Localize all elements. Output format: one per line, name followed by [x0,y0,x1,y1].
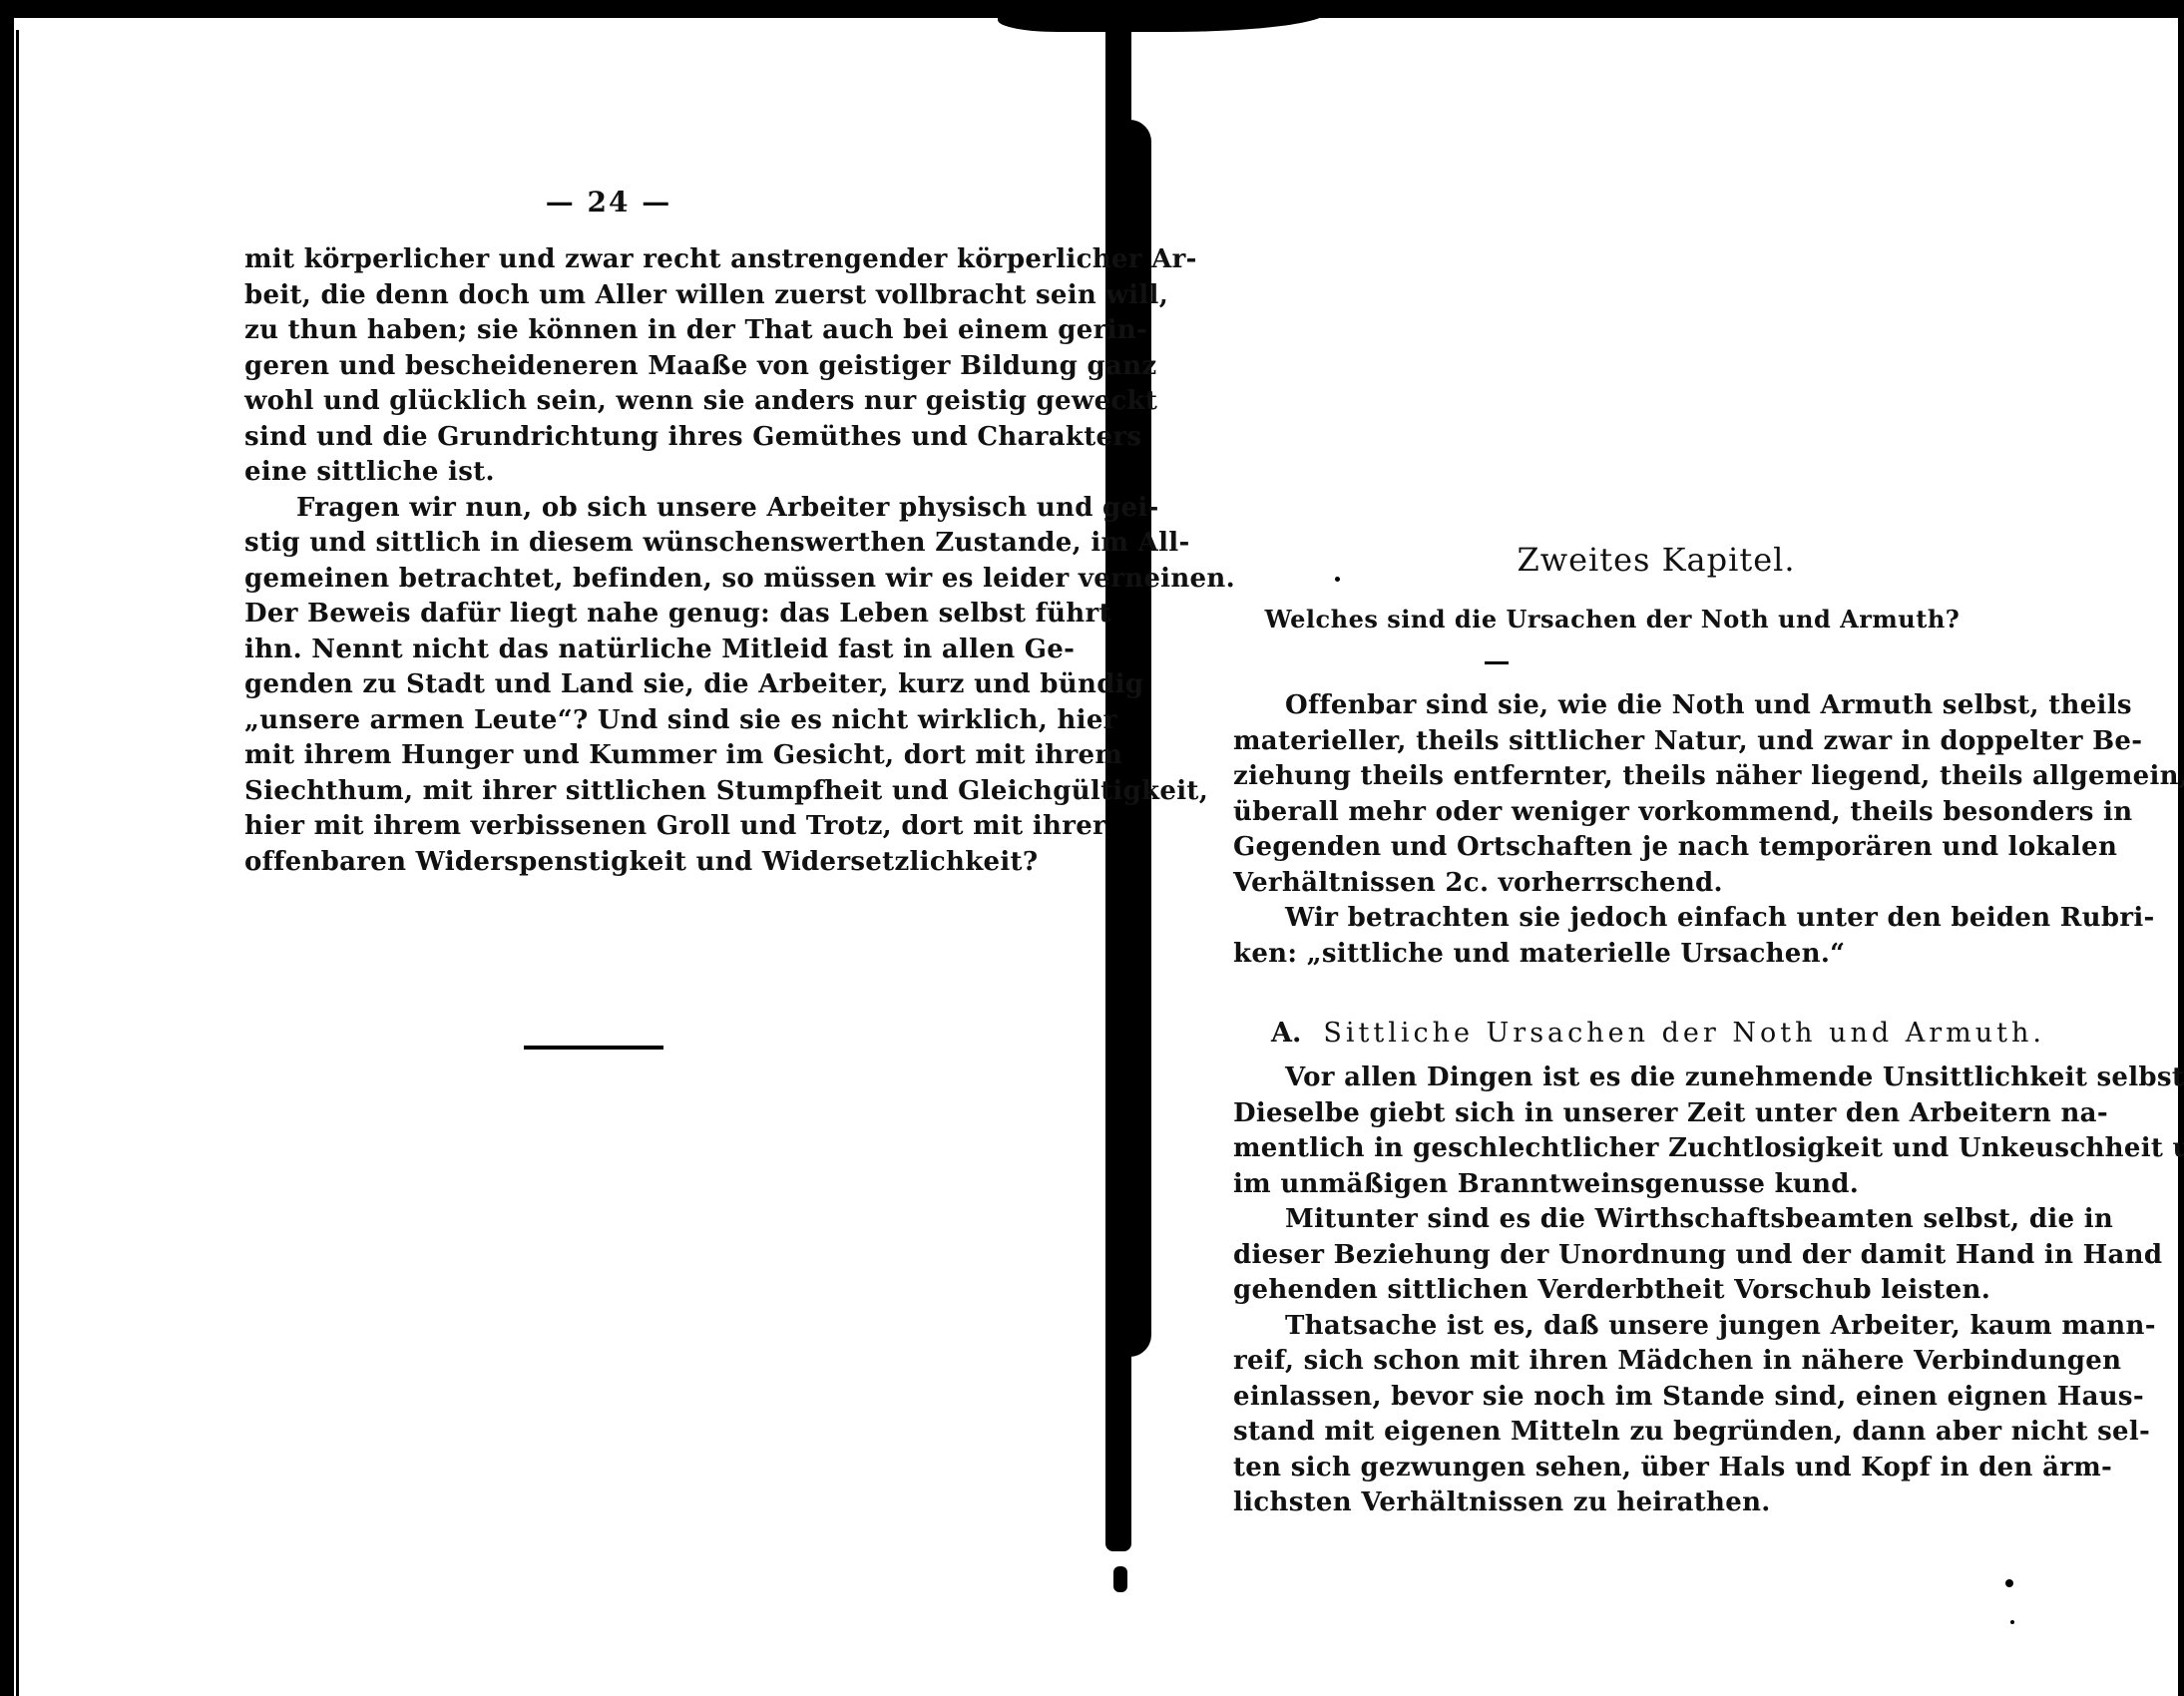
text-line: stand mit eigenen Mitteln zu begründen, … [1233,1415,1946,1451]
ink-speck [2005,1579,2013,1587]
chapter-intro: Offenbar sind sie, wie die Noth und Armu… [1233,688,1946,972]
text-line: wohl und glücklich sein, wenn sie anders… [244,384,955,420]
text-line: Mitunter sind es die Wirthschaftsbeamten… [1233,1202,1946,1238]
paragraph: Mitunter sind es die Wirthschaftsbeamten… [1233,1202,1946,1309]
text-line: hier mit ihrem verbissenen Groll und Tro… [244,809,955,845]
section-title: Sittliche Ursachen der Noth und Armuth. [1323,1018,2045,1049]
page-number: — 24 — [519,186,698,218]
text-line: zu thun haben; sie können in der That au… [244,313,955,349]
text-line: geren und bescheideneren Maaße von geist… [244,349,955,385]
text-line: dieser Beziehung der Unordnung und der d… [1233,1238,1946,1274]
text-line: eine sittliche ist. [244,455,955,491]
text-line: lichsten Verhältnissen zu heirathen. [1233,1485,1946,1521]
text-line: reif, sich schon mit ihren Mädchen in nä… [1233,1344,1946,1380]
scan-left-inner-line [16,30,19,1696]
spine-ink-blot [1113,1566,1127,1592]
scan-top-shadow [998,0,1327,32]
text-line: mit ihrem Hunger und Kummer im Gesicht, … [244,738,955,774]
text-line: Thatsache ist es, daß unsere jungen Arbe… [1233,1309,1946,1345]
text-line: Dieselbe giebt sich in unserer Zeit unte… [1233,1096,1946,1132]
text-line: mit körperlicher und zwar recht anstreng… [244,242,955,278]
text-line: materieller, theils sittlicher Natur, un… [1233,724,1946,760]
text-line: ihn. Nennt nicht das natürliche Mitleid … [244,633,955,668]
text-line: „unsere armen Leute“? Und sind sie es ni… [244,703,955,739]
section-body: Vor allen Dingen ist es die zunehmende U… [1233,1060,1946,1521]
left-page-body: mit körperlicher und zwar recht anstreng… [244,242,955,880]
end-of-chapter-rule [524,1046,663,1050]
text-line: offenbaren Widerspenstigkeit und Widerse… [244,845,955,881]
text-line: Siechthum, mit ihrer sittlichen Stumpfhe… [244,774,955,810]
text-line: Fragen wir nun, ob sich unsere Arbeiter … [244,491,955,527]
text-line: gemeinen betrachtet, befinden, so müssen… [244,562,955,598]
paragraph: Fragen wir nun, ob sich unsere Arbeiter … [244,491,955,881]
paragraph: Wir betrachten sie jedoch einfach unter … [1233,901,1946,972]
text-line: ten sich gezwungen sehen, über Hals und … [1233,1451,1946,1486]
text-line: genden zu Stadt und Land sie, die Arbeit… [244,667,955,703]
text-line: Der Beweis dafür liegt nahe genug: das L… [244,597,955,633]
text-line: im unmäßigen Branntweinsgenusse kund. [1233,1167,1946,1203]
text-line: gehenden sittlichen Verderbtheit Vorschu… [1233,1273,1946,1309]
paragraph: Thatsache ist es, daß unsere jungen Arbe… [1233,1309,1946,1521]
chapter-subtitle: Welches sind die Ursachen der Noth und A… [1233,605,1991,634]
text-line: stig und sittlich in diesem wünschenswer… [244,526,955,562]
paragraph: mit körperlicher und zwar recht anstreng… [244,242,955,491]
text-line: überall mehr oder weniger vorkommend, th… [1233,795,1946,831]
section-heading: A.Sittliche Ursachen der Noth und Armuth… [1271,1018,1950,1049]
scan-left-border [0,0,14,1696]
text-line: Offenbar sind sie, wie die Noth und Armu… [1233,688,1946,724]
text-line: Vor allen Dingen ist es die zunehmende U… [1233,1060,1946,1096]
section-letter: A. [1271,1018,1301,1049]
text-line: ziehung theils entfernter, theils näher … [1233,759,1946,795]
text-line: mentlich in geschlechtlicher Zuchtlosigk… [1233,1131,1946,1167]
scan-right-border [2178,0,2184,1696]
title-separator-rule [1485,661,1509,664]
text-line: Wir betrachten sie jedoch einfach unter … [1233,901,1946,937]
text-line: Gegenden und Ortschaften je nach temporä… [1233,830,1946,866]
ink-speck [2010,1620,2014,1624]
text-line: ken: „sittliche und materielle Ursachen.… [1233,937,1946,973]
text-line: einlassen, bevor sie noch im Stande sind… [1233,1380,1946,1416]
text-line: beit, die denn doch um Aller willen zuer… [244,278,955,314]
text-line: Verhältnissen 2c. vorherrschend. [1233,866,1946,902]
paragraph: Offenbar sind sie, wie die Noth und Armu… [1233,688,1946,901]
paragraph: Vor allen Dingen ist es die zunehmende U… [1233,1060,1946,1202]
chapter-title: Zweites Kapitel. [1297,541,2015,579]
text-line: sind und die Grundrichtung ihres Gemüthe… [244,420,955,456]
